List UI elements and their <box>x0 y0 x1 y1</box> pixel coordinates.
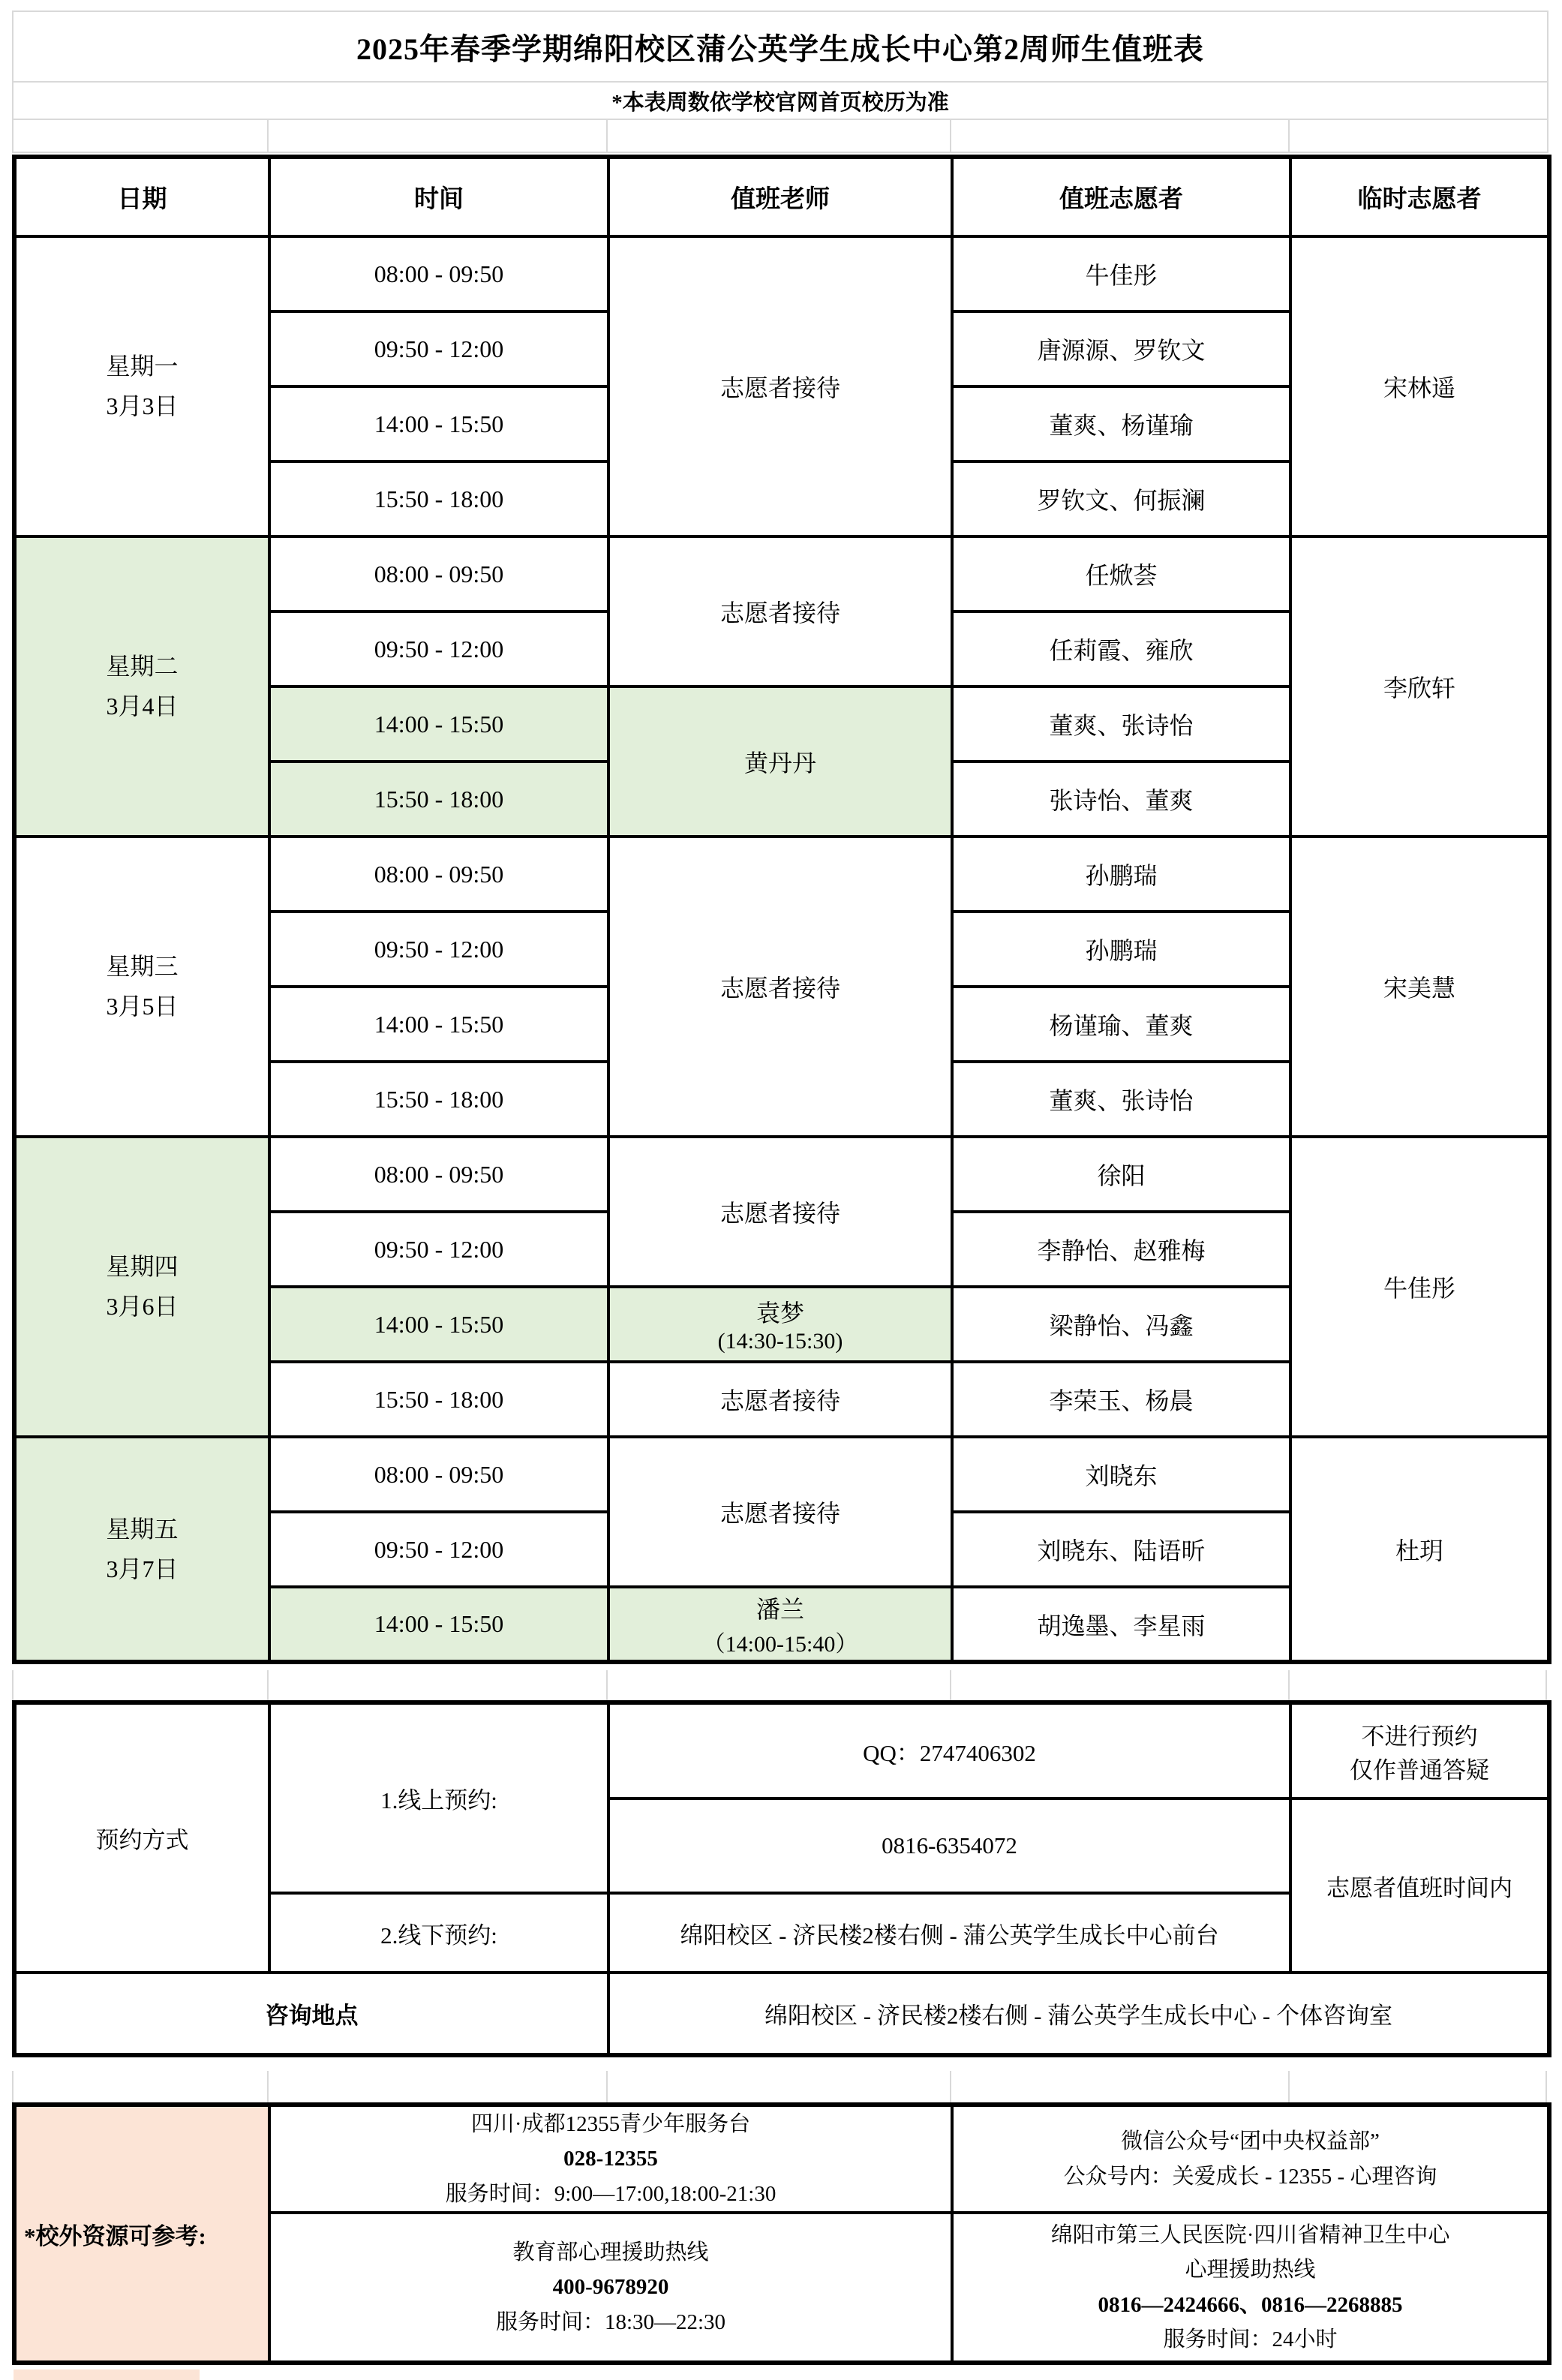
time-cell: 14:00 - 15:50 <box>269 386 608 461</box>
duty-schedule-table: 日期 时间 值班老师 值班志愿者 临时志愿者 星期一 3月3日 08:00 - … <box>12 155 1551 1664</box>
wechat-path: 公众号内：关爱成长 - 12355 - 心理咨询 <box>958 2159 1542 2194</box>
volunteer-cell: 李静怡、赵雅梅 <box>952 1212 1290 1287</box>
date-cell-tuesday: 星期二 3月4日 <box>14 536 269 837</box>
volunteer-cell: 孙鹏瑞 <box>952 912 1290 987</box>
spreadsheet-gap-row <box>12 2071 1547 2102</box>
header-row: 日期 时间 值班老师 值班志愿者 临时志愿者 <box>14 157 1549 236</box>
consult-location: 绵阳校区 - 济民楼2楼右侧 - 蒲公英学生成长中心 - 个体咨询室 <box>608 1973 1549 2055</box>
volunteer-cell: 刘晓东、陆语昕 <box>952 1512 1290 1587</box>
schedule-row: 星期一 3月3日 08:00 - 09:50 志愿者接待 牛佳彤 宋林遥 <box>14 236 1549 311</box>
time-cell: 15:50 - 18:00 <box>269 762 608 837</box>
spreadsheet-gap-row <box>12 1670 1547 1700</box>
time-cell: 09:50 - 12:00 <box>269 1212 608 1287</box>
weekday-label: 星期五 <box>21 1510 263 1549</box>
time-cell: 15:50 - 18:00 <box>269 1362 608 1437</box>
hospital-name: 绵阳市第三人民医院·四川省精神卫生中心 <box>958 2218 1542 2252</box>
volunteer-cell: 梁静怡、冯鑫 <box>952 1287 1290 1362</box>
qq-note-line2: 仅作普通答疑 <box>1296 1751 1542 1785</box>
volunteer-cell: 杨谨瑜、董爽 <box>952 987 1290 1062</box>
weekday-label: 星期二 <box>21 647 263 687</box>
consult-location-label: 咨询地点 <box>14 1973 608 2055</box>
volunteer-cell: 李荣玉、杨晨 <box>952 1362 1290 1437</box>
schedule-row: 星期五 3月7日 08:00 - 09:50 志愿者接待 刘晓东 杜玥 <box>14 1437 1549 1512</box>
external-row: *校外资源可参考: 四川·成都12355青少年服务台 028-12355 服务时… <box>14 2105 1549 2213</box>
weekday-label: 星期四 <box>21 1247 263 1287</box>
teacher-cell: 袁梦 (14:30-15:30) <box>608 1287 952 1362</box>
teacher-time-note: (14:30-15:30) <box>614 1329 946 1354</box>
col-header-date: 日期 <box>14 157 269 236</box>
temp-volunteer-cell: 宋美慧 <box>1290 837 1549 1137</box>
time-cell: 14:00 - 15:50 <box>269 987 608 1062</box>
hospital-hotline: 绵阳市第三人民医院·四川省精神卫生中心 心理援助热线 0816—2424666、… <box>952 2213 1549 2363</box>
teacher-cell: 志愿者接待 <box>608 837 952 1137</box>
date-label: 3月3日 <box>21 386 263 426</box>
moe-hotline: 教育部心理援助热线 400-9678920 服务时间：18:30—22:30 <box>269 2213 952 2363</box>
time-cell: 15:50 - 18:00 <box>269 1062 608 1137</box>
col-header-volunteer: 值班志愿者 <box>952 157 1290 236</box>
empty-cell <box>951 119 1289 152</box>
hotline-number: 0816—2424666、0816—2268885 <box>958 2288 1542 2322</box>
time-cell: 09:50 - 12:00 <box>269 1512 608 1587</box>
hotline-name: 心理援助热线 <box>958 2252 1542 2287</box>
schedule-row: 星期三 3月5日 08:00 - 09:50 志愿者接待 孙鹏瑞 宋美慧 <box>14 837 1549 912</box>
page-title: 2025年春季学期绵阳校区蒲公英学生成长中心第2周师生值班表 <box>13 11 1548 82</box>
volunteer-cell: 张诗怡、董爽 <box>952 762 1290 837</box>
time-cell: 09:50 - 12:00 <box>269 912 608 987</box>
teacher-cell: 志愿者接待 <box>608 536 952 687</box>
volunteer-cell: 刘晓东 <box>952 1437 1290 1512</box>
weekday-label: 星期一 <box>21 347 263 386</box>
volunteer-cell: 胡逸墨、李星雨 <box>952 1587 1290 1662</box>
offline-location: 绵阳校区 - 济民楼2楼右侧 - 蒲公英学生成长中心前台 <box>608 1893 1290 1973</box>
page-subtitle: *本表周数依学校官网首页校历为准 <box>13 82 1548 119</box>
phone-number: 0816-6354072 <box>608 1799 1290 1893</box>
hotline-hours: 服务时间：24小时 <box>958 2322 1542 2357</box>
date-cell-wednesday: 星期三 3月5日 <box>14 837 269 1137</box>
col-header-teacher: 值班老师 <box>608 157 952 236</box>
weekday-label: 星期三 <box>21 947 263 987</box>
empty-cell <box>268 119 607 152</box>
volunteer-cell: 唐源源、罗钦文 <box>952 311 1290 386</box>
date-cell-thursday: 星期四 3月6日 <box>14 1137 269 1437</box>
qq-number: QQ：2747406302 <box>608 1702 1290 1799</box>
volunteer-cell: 徐阳 <box>952 1137 1290 1212</box>
date-label: 3月7日 <box>21 1549 263 1589</box>
volunteer-duty-time-note: 志愿者值班时间内 <box>1290 1799 1549 1973</box>
teacher-cell: 黄丹丹 <box>608 687 952 837</box>
schedule-row: 星期四 3月6日 08:00 - 09:50 志愿者接待 徐阳 牛佳彤 <box>14 1137 1549 1212</box>
cutoff-next-row-cell <box>14 2369 200 2380</box>
temp-volunteer-cell: 牛佳彤 <box>1290 1137 1549 1437</box>
hotline-hours: 服务时间：18:30—22:30 <box>275 2305 946 2339</box>
volunteer-cell: 牛佳彤 <box>952 236 1290 311</box>
wechat-account: 微信公众号“团中央权益部” 公众号内：关爱成长 - 12355 - 心理咨询 <box>952 2105 1549 2213</box>
title-block: 2025年春季学期绵阳校区蒲公英学生成长中心第2周师生值班表 *本表周数依学校官… <box>12 11 1548 153</box>
time-cell: 09:50 - 12:00 <box>269 311 608 386</box>
date-label: 3月5日 <box>21 987 263 1026</box>
external-resources-label: *校外资源可参考: <box>14 2105 269 2363</box>
empty-cell <box>13 119 268 152</box>
temp-volunteer-cell: 李欣轩 <box>1290 536 1549 837</box>
temp-volunteer-cell: 宋林遥 <box>1290 236 1549 536</box>
volunteer-cell: 任焮荟 <box>952 536 1290 612</box>
empty-cell <box>1289 119 1548 152</box>
time-cell: 15:50 - 18:00 <box>269 461 608 536</box>
col-header-time: 时间 <box>269 157 608 236</box>
time-cell: 09:50 - 12:00 <box>269 612 608 687</box>
volunteer-cell: 董爽、张诗怡 <box>952 687 1290 762</box>
teacher-cell: 志愿者接待 <box>608 1362 952 1437</box>
qq-note: 不进行预约 仅作普通答疑 <box>1290 1702 1549 1799</box>
temp-volunteer-cell: 杜玥 <box>1290 1437 1549 1662</box>
time-cell: 08:00 - 09:50 <box>269 837 608 912</box>
hotline-number: 400-9678920 <box>275 2270 946 2304</box>
date-cell-monday: 星期一 3月3日 <box>14 236 269 536</box>
time-cell: 08:00 - 09:50 <box>269 536 608 612</box>
time-cell: 14:00 - 15:50 <box>269 1587 608 1662</box>
teacher-cell: 志愿者接待 <box>608 236 952 536</box>
offline-booking-label: 2.线下预约: <box>269 1893 608 1973</box>
teacher-cell: 潘兰 （14:00-15:40） <box>608 1587 952 1662</box>
hotline-number: 028-12355 <box>275 2141 946 2176</box>
empty-cell <box>607 119 951 152</box>
qq-note-line1: 不进行预约 <box>1296 1717 1542 1751</box>
hotline-hours: 服务时间：9:00—17:00,18:00-21:30 <box>275 2177 946 2211</box>
wechat-name: 微信公众号“团中央权益部” <box>958 2124 1542 2159</box>
teacher-cell: 志愿者接待 <box>608 1437 952 1587</box>
booking-method-label: 预约方式 <box>14 1702 269 1973</box>
hotline-name: 教育部心理援助热线 <box>275 2235 946 2270</box>
time-cell: 14:00 - 15:50 <box>269 1287 608 1362</box>
time-cell: 08:00 - 09:50 <box>269 1137 608 1212</box>
date-cell-friday: 星期五 3月7日 <box>14 1437 269 1662</box>
hotline-12355: 四川·成都12355青少年服务台 028-12355 服务时间：9:00—17:… <box>269 2105 952 2213</box>
volunteer-cell: 董爽、杨谨瑜 <box>952 386 1290 461</box>
booking-row: 咨询地点 绵阳校区 - 济民楼2楼右侧 - 蒲公英学生成长中心 - 个体咨询室 <box>14 1973 1549 2055</box>
time-cell: 08:00 - 09:50 <box>269 1437 608 1512</box>
schedule-row: 星期二 3月4日 08:00 - 09:50 志愿者接待 任焮荟 李欣轩 <box>14 536 1549 612</box>
hotline-name: 四川·成都12355青少年服务台 <box>275 2107 946 2141</box>
booking-table: 预约方式 1.线上预约: QQ：2747406302 不进行预约 仅作普通答疑 … <box>12 1700 1551 2057</box>
teacher-name: 袁梦 <box>614 1294 946 1329</box>
teacher-time-note: （14:00-15:40） <box>614 1625 946 1658</box>
booking-row: 预约方式 1.线上预约: QQ：2747406302 不进行预约 仅作普通答疑 <box>14 1702 1549 1799</box>
external-resources-table: *校外资源可参考: 四川·成都12355青少年服务台 028-12355 服务时… <box>12 2102 1551 2365</box>
date-label: 3月6日 <box>21 1287 263 1327</box>
teacher-name: 潘兰 <box>614 1591 946 1625</box>
date-label: 3月4日 <box>21 687 263 726</box>
volunteer-cell: 任莉霞、雍欣 <box>952 612 1290 687</box>
online-booking-label: 1.线上预约: <box>269 1702 608 1893</box>
volunteer-cell: 孙鹏瑞 <box>952 837 1290 912</box>
teacher-cell: 志愿者接待 <box>608 1137 952 1287</box>
time-cell: 08:00 - 09:50 <box>269 236 608 311</box>
col-header-temp-volunteer: 临时志愿者 <box>1290 157 1549 236</box>
time-cell: 14:00 - 15:50 <box>269 687 608 762</box>
volunteer-cell: 罗钦文、何振澜 <box>952 461 1290 536</box>
volunteer-cell: 董爽、张诗怡 <box>952 1062 1290 1137</box>
